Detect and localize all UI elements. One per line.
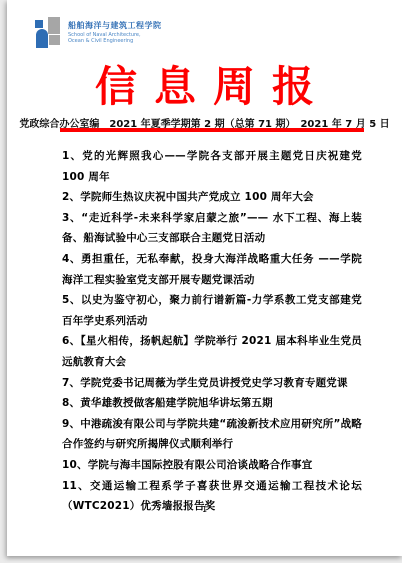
school-logo-icon (35, 17, 62, 48)
school-name-english: School of Naval Architecture, Ocean & Ci… (68, 32, 162, 44)
newsletter-title: 信息周报 (7, 54, 402, 114)
headline-item: 8、黄华雄教授做客船建学院旭华讲坛第五期 (62, 393, 362, 414)
headline-item: 2、学院师生热议庆祝中国共产党成立 100 周年大会 (62, 187, 362, 208)
red-divider-rule (60, 128, 364, 132)
document-page: 船舶海洋与建筑工程学院 School of Naval Architecture… (7, 0, 402, 556)
headline-item: 10、学院与海丰国际控股有限公司洽谈战略合作事宜 (62, 455, 362, 476)
document-viewer: 船舶海洋与建筑工程学院 School of Naval Architecture… (0, 0, 402, 563)
page-number: 1 (7, 505, 402, 514)
headline-item: 5、以史为鉴守初心，聚力前行谱新篇-力学系教工党支部建党百年学史系列活动 (62, 290, 362, 331)
headline-item: 6、【星火相传，扬帆起航】学院举行 2021 届本科毕业生党员远航教育大会 (62, 331, 362, 372)
logo-block-blue-square (35, 20, 43, 28)
school-name-english-line2: Ocean & Civil Engineering (68, 38, 162, 44)
headline-item: 1、党的光辉照我心——学院各支部开展主题党日庆祝建党 100 周年 (62, 146, 362, 187)
logo-block-gray-tall (48, 17, 60, 34)
headline-item: 3、“走近科学-未来科学家启蒙之旅”—— 水下工程、海上装备、船海试验中心三支部… (62, 208, 362, 249)
headline-item: 4、勇担重任，无私奉献，投身大海洋战略重大任务 ——学院海洋工程实验室党支部开展… (62, 249, 362, 290)
headline-item: 9、中港疏浚有限公司与学院共建“疏浚新技术应用研究所”战略合作签约与研究所揭牌仪… (62, 414, 362, 455)
school-name-chinese: 船舶海洋与建筑工程学院 (68, 21, 162, 30)
logo-block-blue-arch (36, 29, 48, 48)
logo-block-gray-small (49, 35, 60, 45)
headline-list: 1、党的光辉照我心——学院各支部开展主题党日庆祝建党 100 周年 2、学院师生… (62, 146, 362, 517)
school-logo-text: 船舶海洋与建筑工程学院 School of Naval Architecture… (68, 17, 162, 44)
school-logo: 船舶海洋与建筑工程学院 School of Naval Architecture… (35, 17, 162, 48)
headline-item: 7、学院党委书记周薇为学生党员讲授党史学习教育专题党课 (62, 373, 362, 394)
